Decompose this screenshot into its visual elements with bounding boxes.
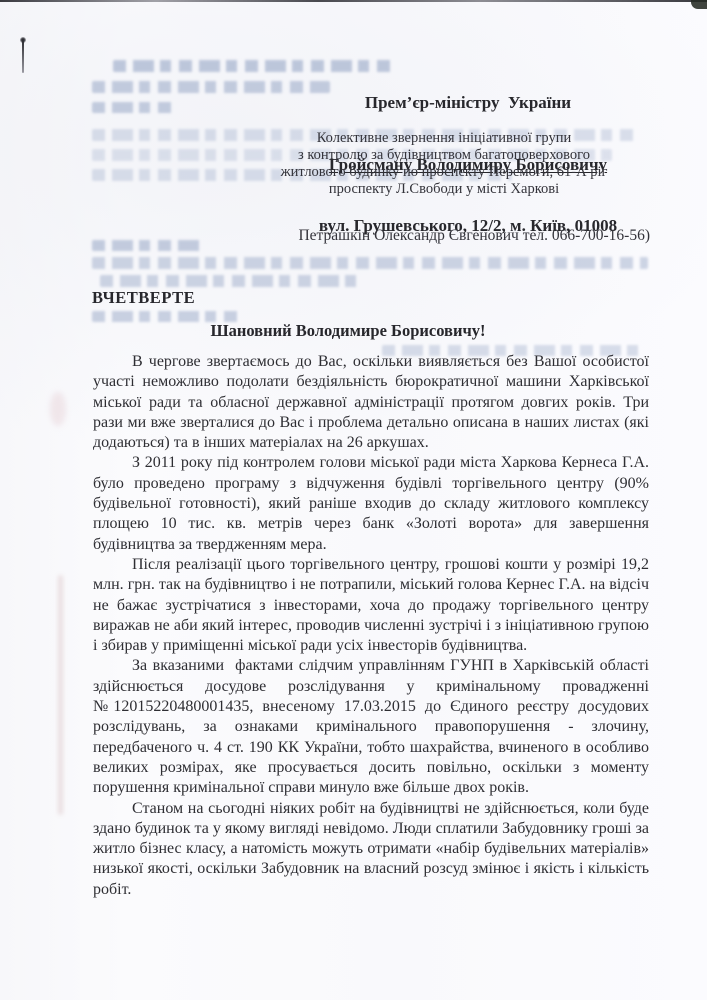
scan-edge-artifact xyxy=(0,0,707,2)
body-paragraph: З 2011 року під контролем голови міської… xyxy=(93,453,649,554)
subject-line: з контролю за будівництвом багатоповерхо… xyxy=(244,147,644,164)
letter-body: В чергове звертаємось до Вас, оскільки в… xyxy=(93,352,649,900)
subject-block: Колективне звернення ініціативної групи … xyxy=(244,130,644,198)
pen-mark-dot-artifact xyxy=(20,37,26,43)
bleed-through-line xyxy=(92,102,178,113)
scanned-letter-page: Прем’єр-міністру України Гройсману Волод… xyxy=(0,0,707,1000)
subject-line: проспекту Л.Свободи у місті Харкові xyxy=(244,181,644,198)
recipient-title: Прем’єр-міністру України xyxy=(268,93,668,114)
contact-line: Петрашкін Олександр Євгенович тел. 066-7… xyxy=(230,227,650,245)
smudge-artifact xyxy=(58,575,63,815)
bleed-through-line xyxy=(92,240,204,251)
pen-mark-artifact xyxy=(22,40,24,73)
body-paragraph: За вказаними фактами слідчим управлінням… xyxy=(93,656,649,798)
salutation: Шановний Володимире Борисовичу! xyxy=(93,321,603,341)
smudge-artifact xyxy=(50,392,66,426)
subject-line: житлового будинку по проспекту Перемоги,… xyxy=(244,164,644,181)
body-paragraph: Станом на сьогодні ніяких робіт на будів… xyxy=(93,799,649,900)
body-paragraph: В чергове звертаємось до Вас, оскільки в… xyxy=(93,352,649,453)
body-paragraph: Після реалізації цього торгівельного цен… xyxy=(93,555,649,656)
scan-corner-artifact xyxy=(691,0,707,9)
fourth-time-marker: ВЧЕТВЕРТЕ xyxy=(92,288,195,308)
subject-line: Колективне звернення ініціативної групи xyxy=(244,130,644,147)
